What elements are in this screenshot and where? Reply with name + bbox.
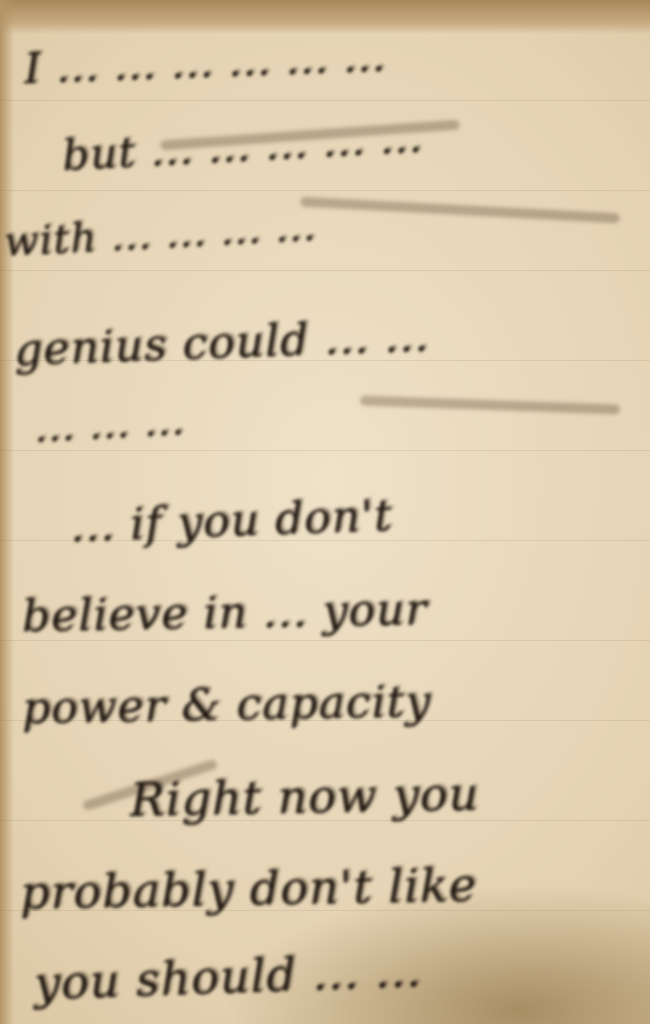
paper-top-edge (0, 0, 650, 34)
paper-rule (0, 270, 650, 271)
note-line-1: I ... ... ... ... ... ... (23, 32, 387, 94)
note-line-8: power & capacity (22, 676, 432, 734)
note-line-2: but ... ... ... ... ... (61, 113, 424, 181)
note-line-9: Right now you (130, 767, 480, 827)
note-line-4: genius could ... ... (13, 311, 430, 376)
note-line-10: probably don't like (20, 858, 478, 920)
note-line-3: with ... ... ... ... (3, 204, 317, 266)
ink-smear (360, 395, 620, 414)
paper-rule (0, 100, 650, 101)
paper-rule (0, 450, 650, 451)
handwritten-note-photo: I ... ... ... ... ... ... but ... ... ..… (0, 0, 650, 1024)
ink-smear (300, 197, 620, 224)
note-line-5: ... ... ... (33, 398, 186, 452)
note-line-6: ... if you don't (69, 490, 393, 552)
note-line-11: you should ... ... (33, 943, 422, 1010)
note-line-7: believe in ... your (22, 584, 428, 642)
paper-rule (0, 190, 650, 191)
paper-left-edge (0, 0, 14, 1024)
